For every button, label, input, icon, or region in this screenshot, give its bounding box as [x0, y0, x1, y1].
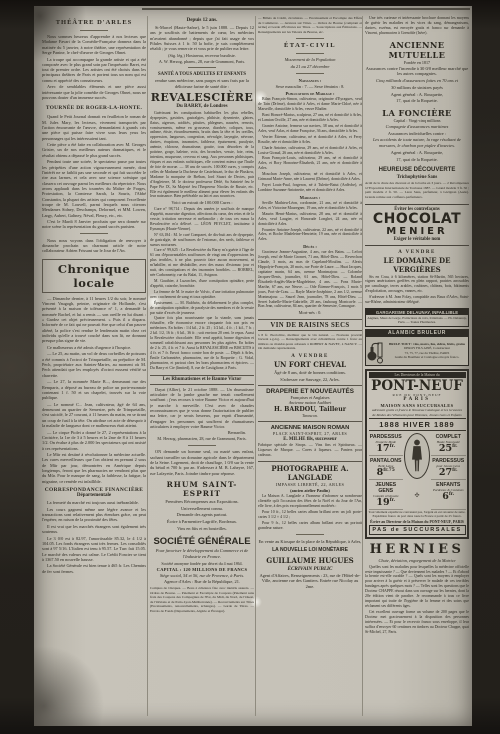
- block-pc2: Universellement connu.: [150, 506, 254, 512]
- block-sep: [188, 67, 216, 68]
- ad-title-societe-generale: SOCIÉTÉ GÉNÉRALE: [150, 536, 254, 547]
- block-pc2: Assurances individuelles contre :: [365, 131, 469, 137]
- tailor-figure-medallion: [403, 432, 431, 480]
- block-p: La troupe qui accompagne la grande artis…: [42, 57, 146, 84]
- price-cell-complet: COMPLET Haute Nouveauté 25fr.: [431, 432, 466, 456]
- block-p: Pendant toute une soirée, le spectateur …: [42, 159, 146, 218]
- block-sep: [80, 30, 108, 31]
- block-pc2: Sexe masculin : 7. — Sexe féminin : 8.: [258, 84, 362, 90]
- block-p: — Le 27, la nommée Marie B..., demeurant…: [42, 379, 146, 400]
- block-p: Le Mûr est destiné à révolutionner la mé…: [42, 452, 146, 484]
- price-cell-pardessus-jeunes: PARDESSUS pour Jeunes Gens 27fr.: [431, 456, 466, 480]
- block-sep: [296, 53, 324, 54]
- block-pc2: Demande des agents partout.: [150, 512, 254, 518]
- price-label: PARDESSUS: [369, 434, 404, 440]
- block-pc2i: Les accidents de toute nature, la rage r…: [365, 137, 469, 148]
- price-value: 19: [376, 497, 389, 508]
- block-ps: Pour 9 fr., 12 belles cartes album brill…: [258, 521, 362, 531]
- block-pc: (Sig. lég.) Hostareau, receveur buralist…: [150, 53, 254, 58]
- block-ps: La femme de M. le maire de Volvic, d'une…: [150, 290, 254, 300]
- block-p: — Le cirque Piolet a donné le 27, 2 repr…: [42, 430, 146, 451]
- ad-photographie-langlade: PHOTOGRAPHIE A. LANGLADEIMPASSE LIBERTÉ,…: [258, 461, 362, 494]
- man-silhouette-icon: [408, 438, 426, 474]
- price-label: JEUNES GENS: [369, 482, 404, 494]
- line-garg-t: GARGARISME DELAUNAY, INFAILLIBLE: [366, 309, 468, 315]
- price-label: COMPLET: [431, 434, 466, 440]
- price-unit: fr.: [449, 491, 454, 496]
- ad-title-heureuse-decouverte: HEUREUSE DÉCOUVERTE: [365, 167, 469, 173]
- block-avend: A VENDRE: [258, 354, 362, 359]
- column-4-top: Une très curieuse et intéressante brochu…: [365, 16, 469, 327]
- block-pc2: Agent général : A. Rouquette,: [365, 150, 469, 156]
- section-title-chronique-locale: Chronique locale: [42, 259, 146, 293]
- block-pc2: 30 millions de sinistres payés: [365, 85, 469, 91]
- block-pc: M. Herzog, pharmacien, 28, rue de Grammo…: [150, 436, 254, 441]
- ad-title-vin-raisins-secs: VIN DE RAISINS SECS: [258, 319, 362, 331]
- ad-pont-neuf: Les Directeurs de la Maison du PONT-NEUF…: [365, 369, 469, 539]
- ad-title-hernies: HERNIESChute, déviation, engorgement de …: [365, 542, 469, 563]
- line-pho-t: PHOTOGRAPHIE A. LANGLADE: [258, 464, 362, 482]
- block-p: Cette pièce a été faite en collaboration…: [42, 142, 146, 158]
- block-pcsb: CAPITAL : 120 MILLIONS DE FRANCS: [150, 567, 254, 572]
- price-label: ENFANTS: [431, 482, 466, 488]
- block-p: — Le 25, au matin, un vol de deux corbei…: [42, 351, 146, 378]
- alambic-line: Guide du Bouilleur et Catalogue envoyés …: [387, 355, 467, 359]
- pont-neuf-catalog-note: adressent gratis et franco le Nouveau Ca…: [372, 408, 463, 417]
- price-label: PANTALONS: [369, 458, 404, 464]
- block-pc2: Agent général : A. Rouquette,: [365, 92, 469, 98]
- block-ps: Quatre fois plus nourrissante que la via…: [150, 316, 254, 370]
- alembic-still-icon: [367, 338, 385, 364]
- block-pt: — Billets de Crédit, circulaires. — Enca…: [258, 16, 362, 34]
- ad-title-depuis-12-ans: Depuis 12 ans.: [150, 18, 254, 23]
- block-ps: Verrier Étienne, cultivateur, né et domi…: [258, 135, 362, 145]
- block-pt: Arrêt de la chute des cheveux et de la b…: [365, 181, 469, 199]
- block-pt: Comptes de Chèques. — Bons à échéance fi…: [150, 586, 254, 613]
- pont-neuf-shipping: Expédition franco de port dans toute la …: [369, 514, 466, 518]
- alambic-title: ALAMBIC BRULEUR: [366, 330, 468, 337]
- block-sante: SANTÉ A TOUS ADULTES ET ENFANTS: [150, 72, 254, 77]
- pont-neuf-write-to: Écrire au Directeur de la Maison du PONT…: [369, 520, 466, 524]
- block-revsub: Du BARRY, de Londres: [150, 104, 254, 109]
- block-p: Nous sommes heureux d'apprendre à nos le…: [42, 34, 146, 55]
- line-hug-s: ÉCRIVAIN PUBLIC: [258, 566, 362, 572]
- classified-on-demande: ON demande un homme seul, ou marié sans …: [150, 449, 254, 476]
- line-hern-t: HERNIES: [365, 542, 469, 557]
- block-pc2: Agent d'Affaires, Renseignements : 23, r…: [258, 573, 362, 590]
- van-gogh-news-item: — Dimanche dernier, à 11 heures 1/2 du s…: [42, 296, 146, 344]
- price-unit: fr.: [390, 443, 395, 448]
- block-ps: Fournier Antoine-Joseph, cultivateur, 22…: [258, 228, 362, 243]
- block-p: C'est le Mardi 8 Janvier prochain que se…: [42, 219, 146, 230]
- price-value: 17: [376, 443, 389, 454]
- block-pc2: Vins en fûts et en bouteilles.: [150, 526, 254, 532]
- line-drap-i: Ancienne maison Audibert: [258, 400, 362, 405]
- block-ps: Sis en Crau, à 6 kilomètres, station St-…: [365, 275, 469, 295]
- block-ps: Guérissant les constipations habituelles…: [150, 111, 254, 200]
- block-pc2: Premières Récompenses aux Expositions.: [150, 499, 254, 505]
- line-pho-s: IMPASSE LIBERTÉ, 22, ARLES: [258, 482, 362, 487]
- block-smallcaps: Naissances :: [258, 78, 362, 83]
- block-ps: Boni Honoré-Marius, sculpteur, 27 ans, n…: [258, 113, 362, 123]
- block-pc2: 17, quai de la Roquette.: [365, 98, 469, 104]
- grid-ornament: ✣: [403, 480, 431, 510]
- block-pc2: rendue sans médecine, sans purges et san…: [150, 78, 254, 89]
- block-ps: Gracieuse Jeanne-Augustine, 4 ans, rue d…: [258, 250, 362, 309]
- block-pc2: Agence d'Arles : Rue de la République, 2…: [150, 579, 254, 585]
- block-ps: Maurin Henri-Marius, cultivateur, 28 ans…: [258, 212, 362, 227]
- block-p: St-Marcel (Haute-Saône), le 5 juin 1888.…: [150, 25, 254, 52]
- line-rom-b: E. MILHE fils, successeur: [258, 437, 362, 442]
- ad-gargarisme-delaunay: GARGARISME DELAUNAY, INFAILLIBLEAngines,…: [365, 308, 469, 327]
- block-sep: [296, 534, 324, 535]
- line-rom-t: ANCIENNE MAISON ROMAN: [258, 425, 362, 431]
- price-cell-jeunes-gens: JEUNES GENS Complet cérémonie 19fr.: [369, 480, 404, 510]
- pont-neuf-no-branches: MAISON SANS SUCCURSALES: [369, 403, 466, 408]
- block-p: Ce malheureux a été admis d'urgence à l'…: [42, 345, 146, 350]
- block-ps: Cure n° 98,714 : Depuis des années je so…: [150, 207, 254, 232]
- block-ps: Granier Antoine, fermeur sur navires, 38…: [258, 124, 362, 134]
- block-ps: La Maison A. Langlade a l'honneur d'info…: [258, 494, 362, 509]
- price-cents: 75: [389, 467, 395, 472]
- block-ps: Une très curieuse et intéressante brochu…: [365, 16, 469, 36]
- block-pc2i: du 21 au 27 décembre: [258, 64, 362, 70]
- column-4-bottom: HERNIESChute, déviation, engorgement de …: [365, 542, 469, 635]
- ad-title-revalesciere: REVALESCIÈRE: [150, 91, 254, 104]
- block-pc2: Mort-nés : 0.: [258, 310, 362, 316]
- section-title-etat-civil: ÉTAT-CIVIL: [258, 42, 362, 49]
- pont-neuf-footer: PAS de SUCCURSALES: [369, 525, 466, 535]
- line-mut-t: LA FONCIÈRE: [365, 108, 469, 118]
- block-pcs: Société anonyme fondée par décret du 4 m…: [150, 561, 254, 566]
- section-title-correspondance-financiere: CORRESPONDANCE FINANCIÈREDépartementale: [42, 487, 146, 498]
- line-rom-s: PLACE SAINT-ESPRIT, 27, ARLES: [258, 431, 362, 436]
- block-p: Le 3 0/0 est à 82.97, l'amortissable 85.…: [42, 536, 146, 563]
- price-value: 6: [442, 491, 449, 502]
- block-ps: Pour 10 fr., 12 belles cartes album bril…: [258, 510, 362, 520]
- ad-title-rhum-saint-esprit: RHUM SAINT-ESPRIT: [150, 480, 254, 498]
- column-rule-2: [255, 16, 256, 716]
- ad-la-fonciere: LA FONCIÈRECapital : Vingt-cinq millions: [365, 108, 469, 123]
- price-cell-pardessus: PARDESSUS Draperie Mode 17fr.: [369, 432, 404, 456]
- pont-neuf-title: PONT-NEUF: [369, 379, 466, 393]
- block-sep: [188, 445, 216, 446]
- line-choc-m: MENIER: [365, 226, 469, 237]
- block-p: Avec de semblables éléments et une pièce…: [42, 84, 146, 100]
- line-drap-b: H. BARDOU, Tailleur: [258, 406, 362, 413]
- block-p: — Le nommé C... Jean, cultivateur, âgé d…: [42, 402, 146, 429]
- block-ps: Mouchan Joseph, cultivateur, né et domic…: [258, 172, 362, 182]
- block-p: Il est vrai que les marchés étrangers so…: [42, 524, 146, 535]
- price-cell-pantalons: PANTALONS Belle Laine 8fr.75: [369, 456, 404, 480]
- block-p: La Société Générale est bien tenue à 465…: [42, 563, 146, 574]
- block-sep: [296, 73, 324, 74]
- block-p: Dayat (Allier), le 21 octobre 1888. — Un…: [150, 387, 254, 430]
- line-hern-s: Chute, déviation, engorgement de la Matr…: [365, 558, 469, 563]
- line-choc-b: Exiger le véritable nom: [365, 237, 469, 242]
- block-pc2i: Pour favoriser le développement du Comme…: [150, 548, 254, 559]
- line-rom-p: Fabrique spéciale de Sirops. — Vins fins…: [258, 443, 362, 458]
- block-ps: Brun François-Louis, cultivateur, 29 ans…: [258, 156, 362, 171]
- block-ps: Bilan François-Simon, cultivateur, origi…: [258, 97, 362, 112]
- block-ps: Épuisement. — M. Baldwin, du délabrement…: [150, 301, 254, 316]
- block-smallcaps: Mariages :: [258, 195, 362, 200]
- ad-title-domaine-vergieres: LE DOMAINE DE VERGIÈRES: [365, 256, 469, 274]
- block-sep: [296, 38, 324, 39]
- line-corr-s: Départementale: [42, 493, 146, 498]
- block-p: Les cours gagnent même une légère avance…: [42, 507, 146, 523]
- block-ps: N° 63,184 : M. le curé Comparet, de dix-…: [150, 233, 254, 248]
- block-p: Quand le Petit Journal donnait en feuill…: [42, 114, 146, 141]
- ad-alambic-bruleur: ALAMBIC BRULEUR BRULE TOUT : vins, marcs…: [365, 329, 469, 366]
- block-smallcaps: Publications de Mariage :: [258, 91, 362, 96]
- block-p: Nous nous voyons dans l'obligation de re…: [42, 238, 146, 254]
- line-mut-s: Capital : Vingt-cinq millions: [365, 118, 469, 123]
- block-ps: Cet excellent ouvrage forme un volume de…: [365, 610, 469, 635]
- block-pc2: En vente au Kiosque de la place de la Ré…: [258, 539, 362, 545]
- ad-title-baume-victor: Les Rhumatismes et le Baume Victor: [150, 375, 254, 385]
- block-ps: Charle Antoine, cultivateur, 29 ans, né …: [258, 146, 362, 156]
- line-pho-i: (ancien atelier Paulin): [258, 488, 362, 493]
- block-pc2i: Siège social, 54 et 56, rue de Provence,…: [150, 573, 254, 579]
- column-rule-1: [147, 16, 148, 716]
- line-mut-s: Fondée en 1817: [365, 60, 469, 65]
- block-pc2b: Trichophytène Sans: [365, 175, 469, 180]
- ad-title-loi-monetaire: LA NOUVELLE LOI MONÉTAIRE: [258, 547, 362, 553]
- block-pc2: 17, quai de la Roquette.: [365, 157, 469, 163]
- block-pc2: Voici un extrait de 100.000 Cures :: [150, 200, 254, 206]
- price-unit: fr.: [452, 443, 457, 448]
- block-pc2: Âgé de 8 ans, doté de bonnes conditions.: [258, 370, 362, 376]
- block-pc2i: Mouvement de la Population: [258, 57, 362, 63]
- page-fold-line: [142, 8, 470, 10]
- pont-neuf-season: 1888 HIVER 1889: [369, 418, 466, 431]
- ad-maison-roman: ANCIENNE MAISON ROMANPLACE SAINT-ESPRIT,…: [258, 421, 362, 458]
- block-ps: Seville Mathieu-Léon, cordonnier, 21 ans…: [258, 201, 362, 211]
- article-title-tournee: TOURNÉE DE ROGER-LA-HONTE.: [42, 105, 146, 111]
- price-value: 27: [439, 467, 452, 478]
- column-4: Une très curieuse et intéressante brochu…: [365, 16, 469, 720]
- line-drap-t: DRAPERIE ET NOUVEAUTÉS: [258, 388, 362, 395]
- block-pc2i: Compagnie d'assurances maritimes: [365, 124, 469, 130]
- block-pc2: S'adresser rue Sauvage, 22, Arles.: [258, 377, 362, 383]
- block-ps: Cure n° 99,625 : La Revalescière du Barr…: [150, 248, 254, 278]
- price-value: 25: [439, 443, 452, 454]
- block-pc: A. W. Herzog, pharm., 28, rue de Grammon…: [150, 59, 254, 64]
- ad-chocolat-menier: Éviter les contrefaçonsCHOCOLATMENIERExi…: [365, 204, 469, 246]
- column-2: Depuis 12 ans.St-Marcel (Haute-Saône), l…: [150, 16, 254, 720]
- alambic-text: BRULE TOUT : vins, marcs, lies, cidres, …: [387, 342, 467, 360]
- line-garg-s: Angines, Maux de Gorge, Extinctions de v…: [366, 315, 468, 326]
- line-choc-t: CHOCOLAT: [365, 212, 469, 226]
- block-p: La fermeté du marché est toujours aussi …: [42, 500, 146, 505]
- line-hug-t: GUILLAUME HUGUES: [258, 556, 362, 565]
- line-mut-t: ANCIENNE MUTUELLE: [365, 40, 469, 60]
- block-avend: A VENDRE: [365, 250, 469, 255]
- block-ps: Quelles sont les maladies pour lesquelle…: [365, 565, 469, 609]
- article-title-theatre: THÉÂTRE D'ARLES: [42, 19, 146, 26]
- price-unit: fr.: [452, 467, 457, 472]
- block-pc2i: Cinq milliards d'assurances faites en 70…: [365, 78, 469, 84]
- block-pr: Bernardin.: [150, 430, 254, 435]
- ad-draperie-bardou: DRAPERIE ET NOUVEAUTÉSFrançaises et Angl…: [258, 385, 362, 418]
- block-sep: [80, 233, 108, 234]
- pont-neuf-price-grid: PARDESSUS Draperie Mode 17fr. COMPLET Ha…: [369, 432, 466, 510]
- price-cell-enfants: ENFANTS Pardessus & Costumes 6fr.: [431, 480, 466, 510]
- block-pc2: Assurances contre l'incendie à 30 0/0 me…: [365, 66, 469, 77]
- line-drap-i: Tarascon.: [258, 413, 362, 418]
- block-pt: à 8 fr. l'hectolitre, meilleur que le vi…: [258, 333, 362, 351]
- column-3: — Billets de Crédit, circulaires. — Enca…: [258, 16, 362, 720]
- ad-guillaume-hugues: GUILLAUME HUGUESÉCRIVAIN PUBLIC: [258, 556, 362, 572]
- block-smallcaps: Décès :: [258, 244, 362, 249]
- block-ps: S'adresser à M. Jean Folay, comptable au…: [365, 295, 469, 305]
- price-unit: fr.: [390, 497, 395, 502]
- newspaper-page: THÉÂTRE D'ARLESNous sommes heureux d'app…: [34, 6, 472, 726]
- ad-ancienne-mutuelle: ANCIENNE MUTUELLEFondée en 1817: [365, 40, 469, 65]
- block-ps: Fayet Louis-Paul, forgeron, né à Tulette…: [258, 183, 362, 193]
- pont-neuf-city: PARIS: [369, 397, 466, 402]
- column-1: THÉÂTRE D'ARLESNous sommes heureux d'app…: [42, 16, 146, 720]
- block-ps: M. Gauthier, à Luzarches, d'une constipa…: [150, 279, 254, 289]
- price-label: PARDESSUS: [431, 458, 466, 464]
- column-rule-3: [362, 16, 363, 716]
- block-pc2: Écrire à Parmentier-Lagriffe, Bordeaux.: [150, 519, 254, 525]
- ad-title-fort-cheval: UN FORT CHEVAL: [258, 360, 362, 369]
